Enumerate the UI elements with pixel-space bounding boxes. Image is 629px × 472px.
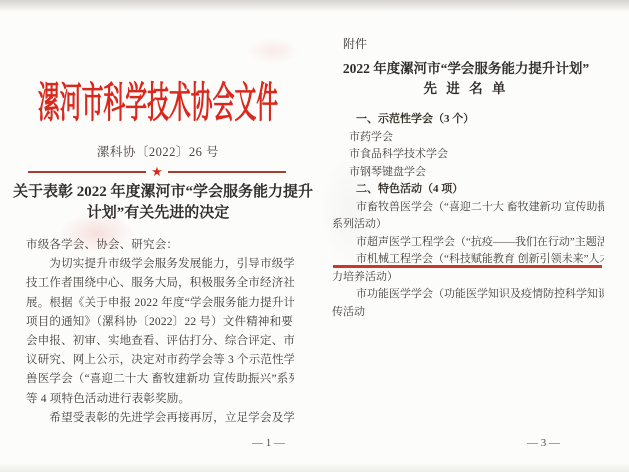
agency-title-text: 漯河市科学技术协会文件 [38, 81, 278, 127]
rule-line-left [28, 171, 146, 173]
list-line: 系列活动） [332, 216, 604, 234]
body-text-line: 议研究、网上公示，决定对市药学会等 3 个示范性学会，市畜牧 [26, 351, 294, 370]
page-number-right: — 3 — [527, 437, 560, 449]
list-line: 一、示范性学会（3 个） [332, 111, 604, 129]
body-text-line: 会申报、初审、实地查看、评估打分、综合评定、市科协党组会 [26, 332, 294, 351]
page-number-left: — 1 — [252, 437, 285, 449]
red-divider-rule: ★ [28, 166, 286, 178]
document-title-line: 关于表彰 2022 年度漯河市“学会服务能力提升 [13, 182, 303, 203]
attachment-label: 附件 [343, 35, 367, 52]
document-title: 关于表彰 2022 年度漯河市“学会服务能力提升计划”有关先进的决定 [13, 182, 303, 223]
list-line: 传活动 [332, 304, 604, 322]
list-line: 力培养活动） [332, 269, 604, 287]
body-text-line: 为切实提升市级学会服务发展能力，引导市级学会和广大科 [26, 255, 294, 274]
body-text-line: 市级各学会、协会、研究会： [26, 236, 294, 255]
list-line: 二、特色活动（4 项） [332, 181, 604, 199]
document-header: 漯河市科学技术协会文件 [18, 79, 298, 129]
scan-edge-top [0, 0, 629, 12]
list-line: 市机械工程学会（“科技赋能教育 创新引领未来”人才助 [332, 251, 604, 269]
body-text-line: 兽医学会（“喜迎二十大 畜牧建新功 宣传助振兴”系列活动） [26, 370, 294, 389]
scan-edge-bottom [0, 463, 629, 472]
awards-list: 一、示范性学会（3 个）市药学会市食品科学技术学会市钢琴键盘学会二、特色活动（4… [332, 111, 604, 326]
list-line: 市食品科学技术学会 [332, 146, 604, 164]
list-line: 市药学会 [332, 129, 604, 147]
body-text-line: 等 4 项特色活动进行表彰奖励。 [26, 390, 294, 409]
document-title-line: 计划”有关先进的决定 [13, 203, 303, 224]
body-text-line: 技工作者围绕中心、服务大局，积极服务全市经济社会高质量发 [26, 274, 294, 293]
scanned-document: 漯河市科学技术协会文件 漯科协〔2022〕26 号 ★ 关于表彰 2022 年度… [0, 0, 629, 472]
document-body: 市级各学会、协会、研究会： 为切实提升市级学会服务发展能力，引导市级学会和广大科… [26, 236, 294, 431]
rule-line-right [168, 171, 286, 173]
body-text-line: 希望受表彰的先进学会再接再厉，立足学会及学科发展实 [26, 409, 294, 428]
star-icon: ★ [151, 166, 163, 178]
list-line: 市钢琴键盘学会 [332, 164, 604, 182]
list-line: 市超声医学工程学会（“抗疫——我们在行动”主题活动） [332, 234, 604, 252]
document-number: 漯科协〔2022〕26 号 [28, 142, 288, 160]
list-line: 市功能医学学会（功能医学知识及疫情防控科学知识科普宣 [332, 286, 604, 304]
scan-artifact-red-smudge [246, 38, 300, 64]
body-text-line: 展。根据《关于申报 2022 年度“学会服务能力提升计划”表彰 [26, 294, 294, 313]
attachment-title: 2022 年度漯河市“学会服务能力提升计划” 先 进 名 单 [322, 59, 610, 99]
body-text-line: 项目的通知》（漯科协〔2022〕22 号）文件精神和要求，经学 [26, 313, 294, 332]
attachment-title-line-1: 2022 年度漯河市“学会服务能力提升计划” [322, 59, 610, 79]
list-line: 市畜牧兽医学会（“喜迎二十大 畜牧建新功 宣传助振兴” [332, 199, 604, 217]
attachment-title-line-2: 先 进 名 单 [322, 79, 610, 99]
